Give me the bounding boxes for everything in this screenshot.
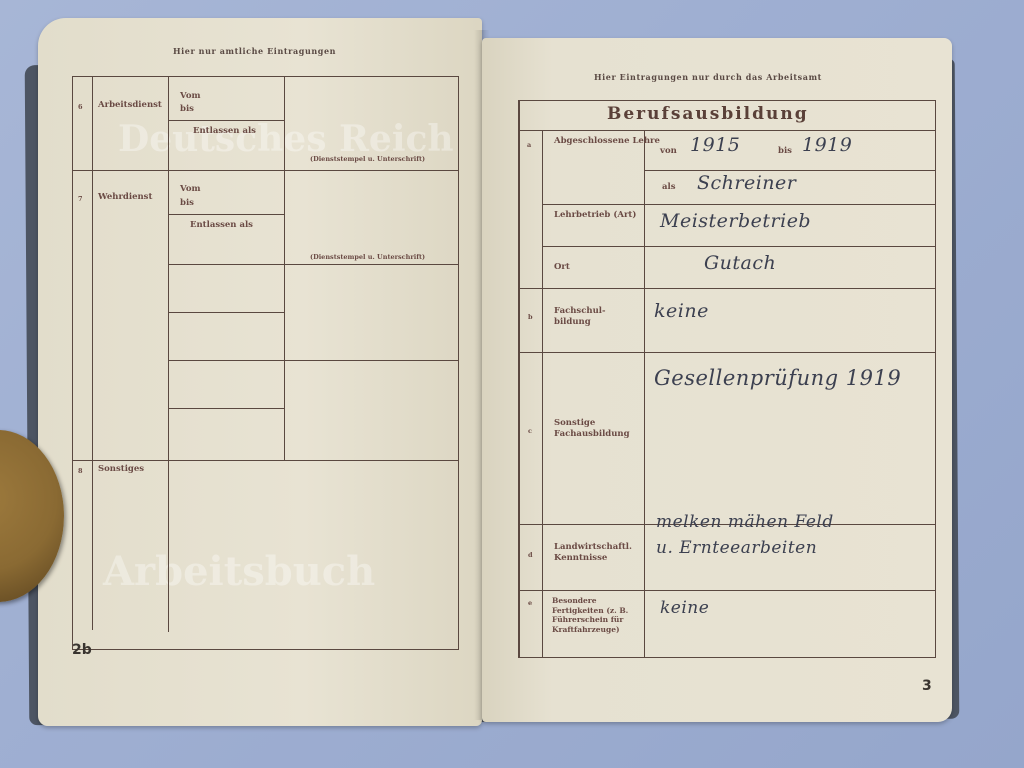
row-8-number: 8 xyxy=(78,466,83,477)
row-a-to-value: 1919 xyxy=(802,134,852,156)
row-6-to-label: bis xyxy=(180,104,194,115)
row-a-label: Abgeschlossene Lehre xyxy=(554,136,660,147)
row-7-sub4 xyxy=(168,408,284,409)
row-6-discharged-label: Entlassen als xyxy=(193,126,256,137)
row-7-sub1 xyxy=(168,264,459,265)
left-page-number: 2b xyxy=(72,642,92,658)
row-7-divider xyxy=(168,214,284,215)
place-value: Gutach xyxy=(704,252,776,274)
left-page: Deutsches Reich Arbeitsbuch Hier nur amt… xyxy=(38,18,482,726)
place-label: Ort xyxy=(554,262,570,273)
row-7-from-label: Vom xyxy=(180,184,200,195)
right-page: Hier Eintragungen nur durch das Arbeitsa… xyxy=(482,38,952,722)
right-header-note: Hier Eintragungen nur durch das Arbeitsa… xyxy=(594,72,822,82)
row-b-label: Fachschul-bildung xyxy=(554,306,634,328)
row-6-divider xyxy=(168,120,284,121)
row-a-divider xyxy=(644,170,936,171)
row-e-label: Besondere Fertigkeiten (z. B. Führersche… xyxy=(552,596,644,634)
row-a-as-label: als xyxy=(662,182,676,193)
row-6-bottom xyxy=(72,170,459,171)
row-a-bottom xyxy=(542,204,936,205)
row-7-discharged-label: Entlassen als xyxy=(190,220,253,231)
row-d-bottom xyxy=(518,590,936,591)
row-7-number: 7 xyxy=(78,194,83,205)
row-d-letter: d xyxy=(528,550,533,561)
col-divider-letter xyxy=(542,130,543,658)
workshop-label: Lehrbetrieb (Art) xyxy=(554,210,636,221)
row-e-letter: e xyxy=(528,598,532,609)
row-a-letter: a xyxy=(527,140,531,151)
row-c-label: Sonstige Fachausbildung xyxy=(554,418,644,440)
row-e-value: keine xyxy=(660,598,709,618)
row-7-sub2 xyxy=(168,312,284,313)
col-divider-dates xyxy=(284,76,285,460)
row-7-bottom xyxy=(72,460,459,461)
col-divider-label xyxy=(644,130,645,658)
row-7-stamp-label: (Dienststempel u. Unterschrift) xyxy=(310,252,425,263)
row-b-bottom xyxy=(518,352,936,353)
col-divider-label xyxy=(168,76,169,632)
row-c-letter: c xyxy=(528,426,532,437)
row-7-to-label: bis xyxy=(180,198,194,209)
row-a-from-label: von xyxy=(660,146,677,157)
workshop-value: Meisterbetrieb xyxy=(660,210,811,232)
row-c-value: Gesellenprüfung 1919 xyxy=(654,366,901,390)
row-d-value-line2: u. Ernteearbeiten xyxy=(656,538,817,558)
title-divider xyxy=(518,130,936,131)
row-b-letter: b xyxy=(528,312,533,323)
workshop-bottom xyxy=(542,246,936,247)
row-a-as-value: Schreiner xyxy=(697,172,796,194)
left-header-note: Hier nur amtliche Eintragungen xyxy=(173,46,336,56)
row-6-from-label: Vom xyxy=(180,91,200,102)
row-6-label: Arbeitsdienst xyxy=(98,100,162,111)
row-place-bottom xyxy=(518,288,936,289)
row-d-label: Landwirtschaftl. Kenntnisse xyxy=(554,542,644,564)
row-a-from-value: 1915 xyxy=(690,134,740,156)
right-page-number: 3 xyxy=(922,678,932,694)
row-6-stamp-label: (Dienststempel u. Unterschrift) xyxy=(310,154,425,165)
row-b-value: keine xyxy=(654,300,709,322)
row-a-to-label: bis xyxy=(778,146,792,157)
row-7-sub3 xyxy=(168,360,459,361)
row-8-label: Sonstiges xyxy=(98,464,144,475)
section-title: Berufsausbildung xyxy=(607,104,809,124)
row-6-number: 6 xyxy=(78,102,83,113)
col-divider-num xyxy=(92,76,93,630)
row-d-value-line1: melken mähen Feld xyxy=(656,512,834,532)
row-7-label: Wehrdienst xyxy=(98,192,152,203)
